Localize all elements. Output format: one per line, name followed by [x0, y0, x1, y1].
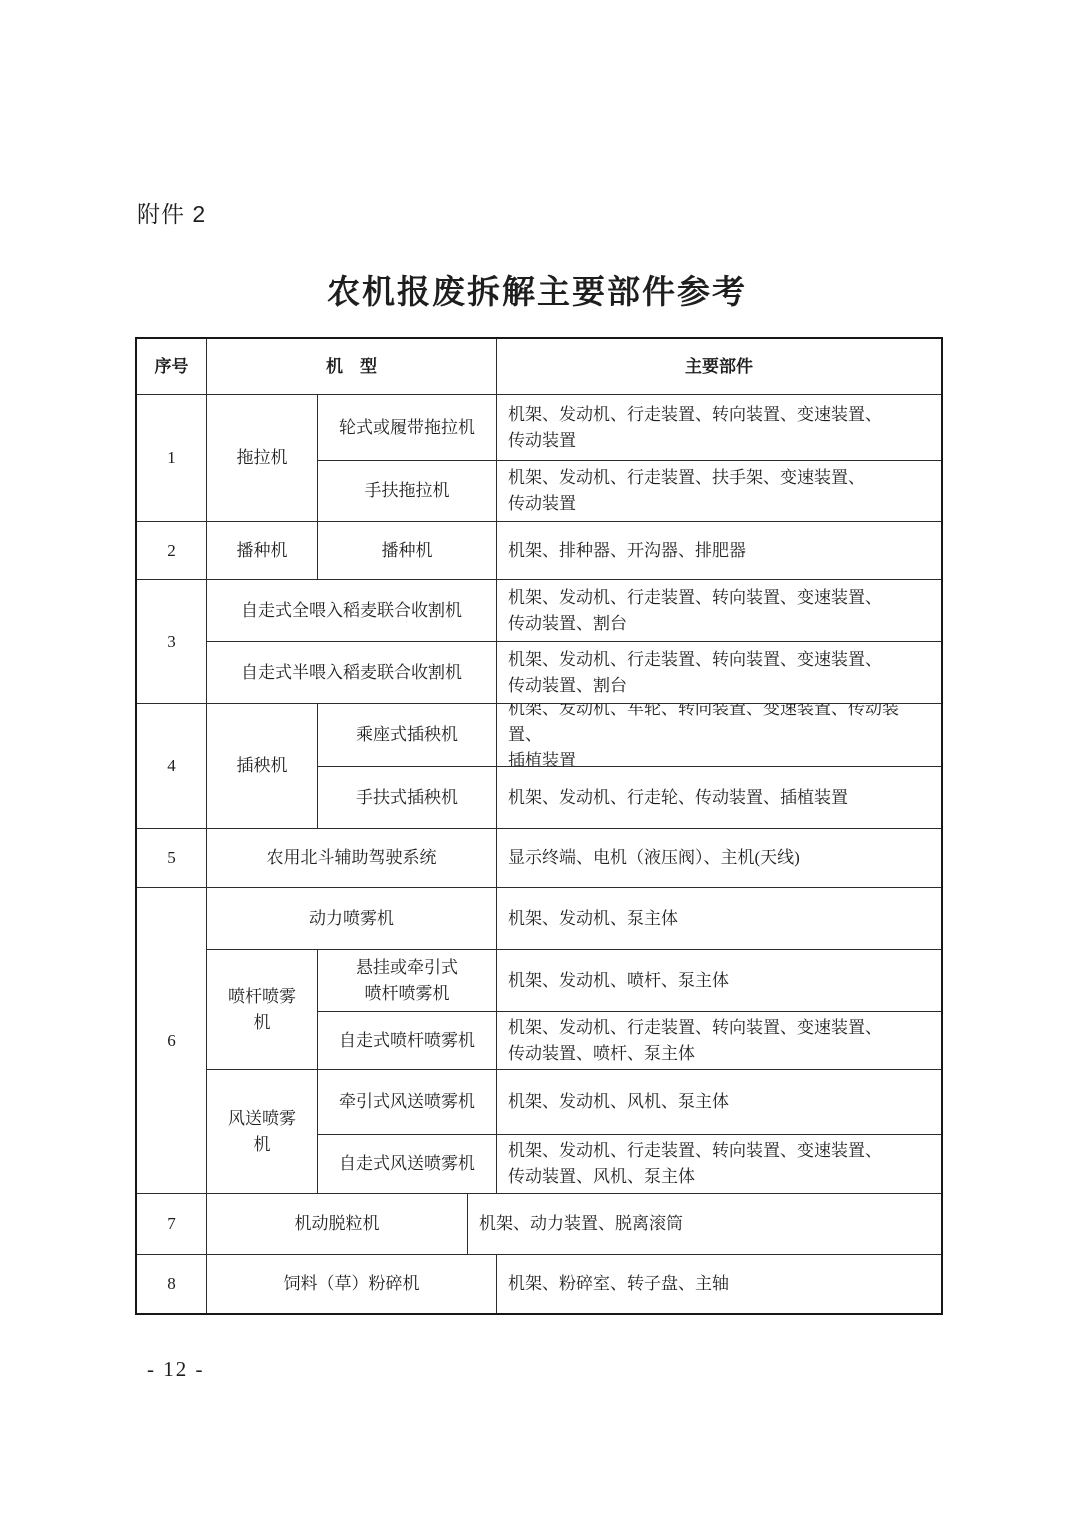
header-cell-type: 机 型 — [207, 339, 497, 395]
serial-cell: 6 — [137, 888, 207, 1194]
serial-cell: 8 — [137, 1255, 207, 1313]
type-cell: 播种机 — [318, 522, 497, 580]
type-cell: 牵引式风送喷雾机 — [318, 1070, 497, 1135]
group-cell: 播种机 — [207, 522, 318, 580]
page-number: - 12 - — [147, 1357, 205, 1382]
type-cell: 动力喷雾机 — [207, 888, 497, 950]
group-cell: 喷杆喷雾 机 — [207, 950, 318, 1070]
parts-cell: 机架、发动机、泵主体 — [497, 888, 941, 950]
group-cell: 插秧机 — [207, 704, 318, 829]
type-cell: 轮式或履带拖拉机 — [318, 395, 497, 461]
serial-cell: 3 — [137, 580, 207, 704]
parts-cell: 机架、发动机、喷杆、泵主体 — [497, 950, 941, 1012]
type-cell: 机动脱粒机 — [207, 1194, 468, 1255]
page-title: 农机报废拆解主要部件参考 — [0, 266, 1074, 313]
parts-cell: 机架、发动机、车轮、转向装置、变速装置、传动装置、 插植装置 — [497, 704, 941, 767]
parts-cell: 机架、发动机、风机、泵主体 — [497, 1070, 941, 1135]
serial-cell: 1 — [137, 395, 207, 522]
type-cell: 农用北斗辅助驾驶系统 — [207, 829, 497, 888]
header-cell-index: 序号 — [137, 339, 207, 395]
type-cell: 自走式半喂入稻麦联合收割机 — [207, 642, 497, 704]
type-cell: 自走式风送喷雾机 — [318, 1135, 497, 1194]
type-cell: 饲料（草）粉碎机 — [207, 1255, 497, 1313]
parts-cell: 机架、发动机、行走轮、传动装置、插植装置 — [497, 767, 941, 829]
parts-cell: 机架、粉碎室、转子盘、主轴 — [497, 1255, 941, 1313]
type-cell: 手扶拖拉机 — [318, 461, 497, 522]
parts-cell: 机架、排种器、开沟器、排肥器 — [497, 522, 941, 580]
parts-cell: 机架、发动机、行走装置、转向装置、变速装置、 传动装置、割台 — [497, 642, 941, 704]
header-cell-parts: 主要部件 — [497, 339, 941, 395]
document-page: { "page": { "attachment_label": "附件 2", … — [0, 0, 1074, 1520]
parts-cell: 显示终端、电机（液压阀）、主机(天线) — [497, 829, 941, 888]
parts-cell: 机架、发动机、行走装置、转向装置、变速装置、 传动装置、割台 — [497, 580, 941, 642]
serial-cell: 5 — [137, 829, 207, 888]
group-cell: 拖拉机 — [207, 395, 318, 522]
group-cell: 风送喷雾 机 — [207, 1070, 318, 1194]
attachment-label: 附件 2 — [137, 196, 206, 229]
serial-cell: 4 — [137, 704, 207, 829]
serial-cell: 7 — [137, 1194, 207, 1255]
parts-cell: 机架、发动机、行走装置、转向装置、变速装置、 传动装置 — [497, 395, 941, 461]
type-cell: 悬挂或牵引式 喷杆喷雾机 — [318, 950, 497, 1012]
type-cell: 自走式全喂入稻麦联合收割机 — [207, 580, 497, 642]
serial-cell: 2 — [137, 522, 207, 580]
parts-cell: 机架、发动机、行走装置、扶手架、变速装置、 传动装置 — [497, 461, 941, 522]
type-cell: 乘座式插秧机 — [318, 704, 497, 767]
parts-cell: 机架、动力装置、脱离滚筒 — [468, 1194, 941, 1255]
type-cell: 手扶式插秧机 — [318, 767, 497, 829]
type-cell: 自走式喷杆喷雾机 — [318, 1012, 497, 1070]
parts-cell: 机架、发动机、行走装置、转向装置、变速装置、 传动装置、风机、泵主体 — [497, 1135, 941, 1194]
parts-reference-table: 序号 机 型 主要部件 1 拖拉机 轮式或履带拖拉机 机架、发动机、行走装置、转… — [135, 337, 943, 1315]
parts-cell: 机架、发动机、行走装置、转向装置、变速装置、 传动装置、喷杆、泵主体 — [497, 1012, 941, 1070]
